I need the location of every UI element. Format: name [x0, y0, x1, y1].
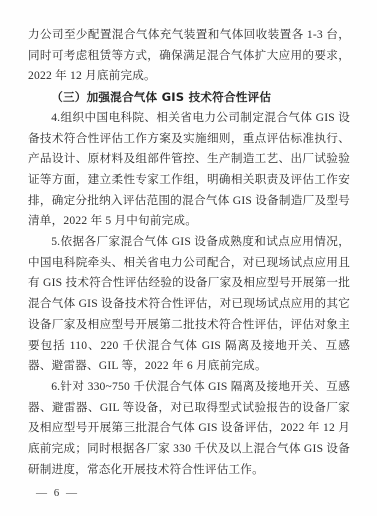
paragraph-item-5: 5.依据各厂家混合气体 GIS 设备成熟度和试点应用情况，中国电科院牵头、相关省…: [28, 232, 350, 377]
paragraph-continuation: 力公司至少配置混合气体充气装置和气体回收装置各 1-3 台，同时可考虑租赁等方式…: [28, 25, 350, 87]
section-heading: （三）加强混合气体 GIS 技术符合性评估: [28, 87, 350, 108]
page-number: — 6 —: [36, 486, 79, 500]
document-body: 力公司至少配置混合气体充气装置和气体回收装置各 1-3 台，同时可考虑租赁等方式…: [28, 25, 350, 480]
document-page: 力公司至少配置混合气体充气装置和气体回收装置各 1-3 台，同时可考虑租赁等方式…: [0, 0, 377, 516]
paragraph-item-4: 4.组织中国电科院、相关省电力公司制定混合气体 GIS 设备技术符合性评估工作方…: [28, 108, 350, 232]
paragraph-item-6: 6.针对 330~750 千伏混合气体 GIS 隔离及接地开关、互感器、避雷器、…: [28, 377, 350, 481]
